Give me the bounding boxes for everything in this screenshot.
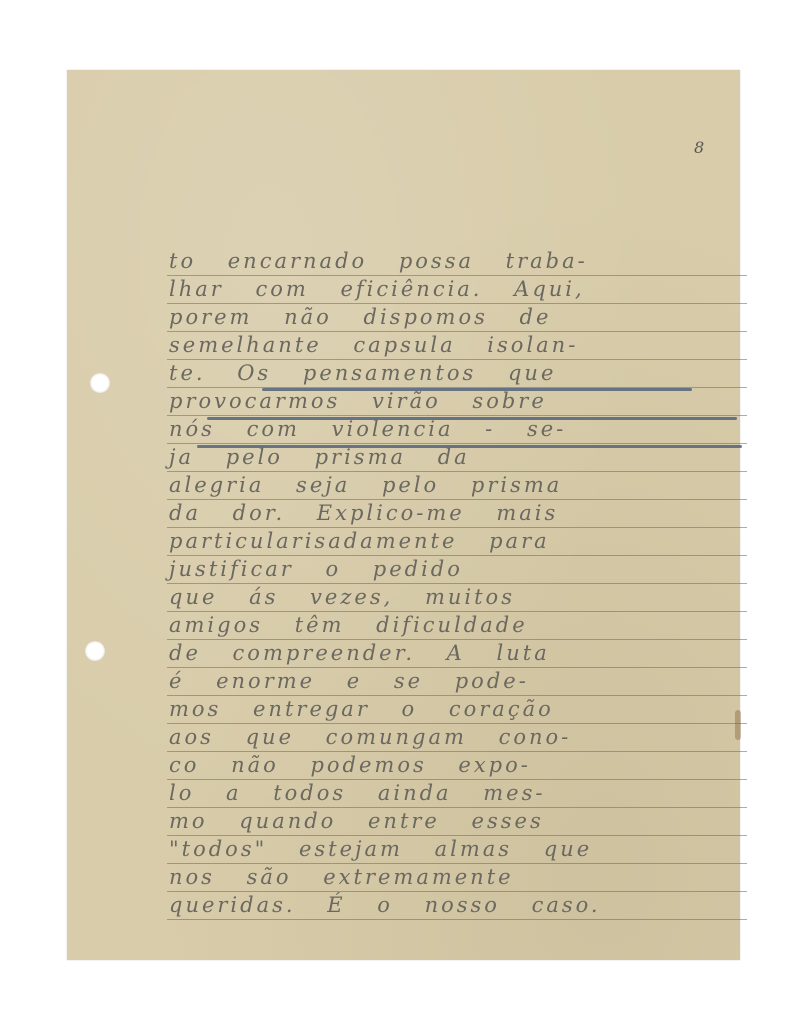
line-text: semelhante capsula isolan- xyxy=(169,333,578,357)
page-number: 8 xyxy=(694,138,704,157)
line-text: de compreender. A luta xyxy=(169,641,550,665)
manuscript-page: 8 to encarnado possa traba- lhar com efi… xyxy=(67,70,740,960)
punch-hole-bottom xyxy=(85,641,105,661)
text-line: ja pelo prisma da xyxy=(167,444,747,472)
line-text: to encarnado possa traba- xyxy=(169,249,588,273)
text-line: amigos têm dificuldade xyxy=(167,612,747,640)
line-text: lo a todos ainda mes- xyxy=(169,781,545,805)
text-line: porem não dispomos de xyxy=(167,304,747,332)
text-line: alegria seja pelo prisma xyxy=(167,472,747,500)
punch-hole-top xyxy=(90,373,110,393)
line-text: justificar o pedido xyxy=(169,557,463,581)
line-text: mos entregar o coração xyxy=(169,697,554,721)
line-text: lhar com eficiência. Aqui, xyxy=(169,277,585,301)
text-line: particularisadamente para xyxy=(167,528,747,556)
text-line: provocarmos virão sobre xyxy=(167,388,747,416)
line-text: te. Os pensamentos que xyxy=(169,361,556,385)
line-text: ja pelo prisma da xyxy=(169,445,470,469)
text-line: é enorme e se pode- xyxy=(167,668,747,696)
line-text: amigos têm dificuldade xyxy=(169,613,528,637)
line-text: é enorme e se pode- xyxy=(169,669,529,693)
line-text: alegria seja pelo prisma xyxy=(169,473,562,497)
text-line: mos entregar o coração xyxy=(167,696,747,724)
text-line: que ás vezes, muitos xyxy=(167,584,747,612)
text-line: nos são extremamente xyxy=(167,864,747,892)
line-text: porem não dispomos de xyxy=(169,305,551,329)
line-text: queridas. É o nosso caso. xyxy=(169,893,601,917)
text-line: te. Os pensamentos que xyxy=(167,360,747,388)
line-text: da dor. Explico-me mais xyxy=(169,501,558,525)
text-line: semelhante capsula isolan- xyxy=(167,332,747,360)
text-line: queridas. É o nosso caso. xyxy=(167,892,747,920)
line-text: mo quando entre esses xyxy=(169,809,544,833)
text-line: mo quando entre esses xyxy=(167,808,747,836)
text-line: co não podemos expo- xyxy=(167,752,747,780)
text-line: de compreender. A luta xyxy=(167,640,747,668)
line-text: nos são extremamente xyxy=(169,865,514,889)
line-text: particularisadamente para xyxy=(169,529,550,553)
text-line: nós com violencia - se- xyxy=(167,416,747,444)
text-line: aos que comungam cono- xyxy=(167,724,747,752)
text-line: "todos" estejam almas que xyxy=(167,836,747,864)
text-line: lhar com eficiência. Aqui, xyxy=(167,276,747,304)
line-text: "todos" estejam almas que xyxy=(169,837,592,861)
handwritten-text-block: to encarnado possa traba- lhar com efici… xyxy=(167,248,747,920)
line-text: nós com violencia - se- xyxy=(169,417,566,441)
text-line: lo a todos ainda mes- xyxy=(167,780,747,808)
line-text: provocarmos virão sobre xyxy=(169,389,547,413)
text-line: da dor. Explico-me mais xyxy=(167,500,747,528)
line-text: que ás vezes, muitos xyxy=(169,585,515,609)
line-text: aos que comungam cono- xyxy=(169,725,571,749)
text-line: justificar o pedido xyxy=(167,556,747,584)
line-text: co não podemos expo- xyxy=(169,753,531,777)
text-line: to encarnado possa traba- xyxy=(167,248,747,276)
